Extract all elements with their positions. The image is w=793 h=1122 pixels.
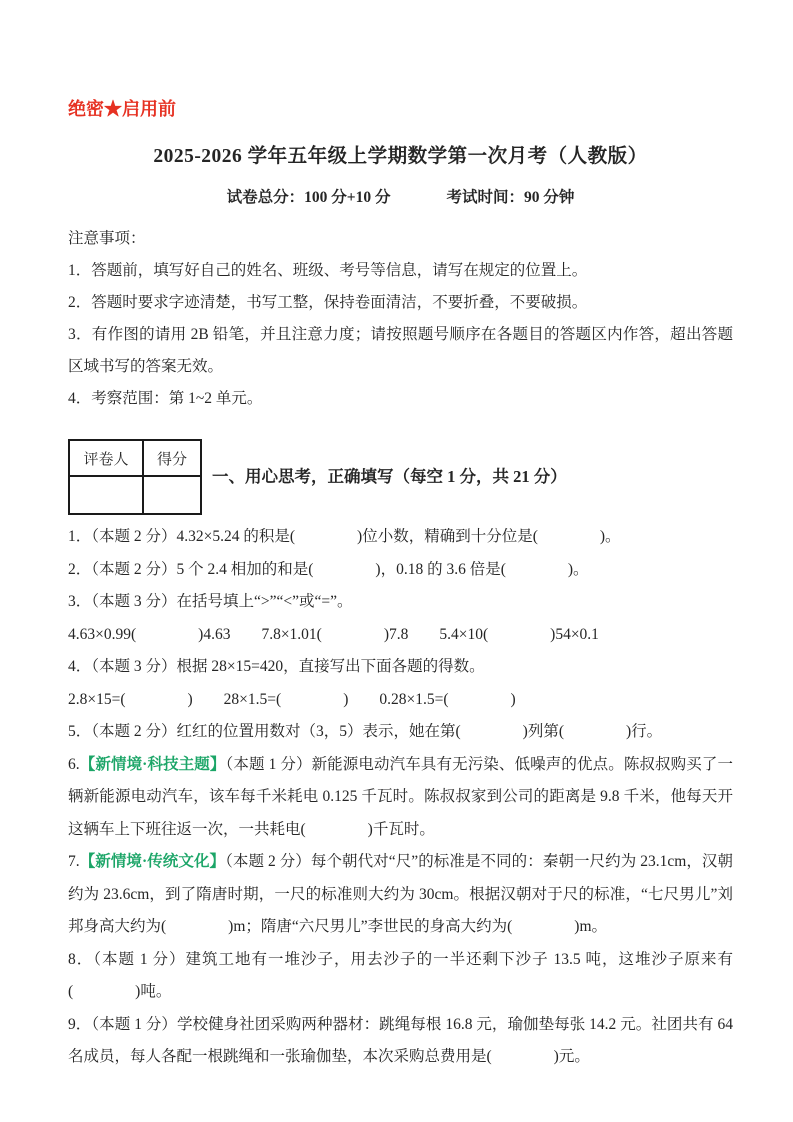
question-6-theme-tag: 【新情境·科技主题】 xyxy=(80,756,226,773)
notice-item-3: 3．有作图的请用 2B 铅笔，并且注意力度；请按照题号顺序在各题目的答题区内作答… xyxy=(68,319,733,383)
exam-total-score: 试卷总分：100 分+10 分 xyxy=(227,187,391,209)
score-value-cell xyxy=(143,476,201,514)
question-3-text: （本题 3 分）在括号填上“>”“<”或“=”。 xyxy=(91,593,352,610)
question-6-number: 6. xyxy=(68,756,80,773)
score-table: 评卷人 得分 xyxy=(68,439,202,515)
question-9: 9．（本题 1 分）学校健身社团采购两种器材：跳绳每根 16.8 元，瑜伽垫每张… xyxy=(68,1009,733,1074)
question-8-number: 8． xyxy=(68,951,93,968)
question-6: 6.【新情境·科技主题】（本题 1 分）新能源电动汽车具有无污染、低噪声的优点。… xyxy=(68,749,733,847)
exam-meta: 试卷总分：100 分+10 分 考试时间：90 分钟 xyxy=(68,187,733,209)
question-5-text: （本题 2 分）红红的位置用数对（3，5）表示，她在第( )列第( )行。 xyxy=(91,723,662,740)
question-2-number: 2． xyxy=(68,561,91,578)
question-4: 4．（本题 3 分）根据 28×15=420，直接写出下面各题的得数。 xyxy=(68,651,733,684)
question-7: 7.【新情境·传统文化】（本题 2 分）每个朝代对“尺”的标准是不同的：秦朝一尺… xyxy=(68,846,733,944)
question-3-number: 3． xyxy=(68,593,91,610)
question-3-answer-row: 4.63×0.99( )4.63 7.8×1.01( )7.8 5.4×10( … xyxy=(68,619,733,652)
question-4-answer-row: 2.8×15=( ) 28×1.5=( ) 0.28×1.5=( ) xyxy=(68,684,733,717)
question-4-number: 4． xyxy=(68,658,91,675)
questions-section: 1．（本题 2 分）4.32×5.24 的积是( )位小数，精确到十分位是( )… xyxy=(68,521,733,1074)
exam-time: 考试时间：90 分钟 xyxy=(446,187,574,209)
question-4-text: （本题 3 分）根据 28×15=420，直接写出下面各题的得数。 xyxy=(91,658,484,675)
question-1: 1．（本题 2 分）4.32×5.24 的积是( )位小数，精确到十分位是( )… xyxy=(68,521,733,554)
question-7-number: 7. xyxy=(68,853,80,870)
question-9-number: 9． xyxy=(68,1016,91,1033)
score-table-header-row: 评卷人 得分 xyxy=(69,440,201,476)
question-7-theme-tag: 【新情境·传统文化】 xyxy=(80,853,225,870)
secrecy-banner: 绝密★启用前 xyxy=(68,98,733,120)
section-1-heading: 一、用心思考，正确填写（每空 1 分，共 21 分） xyxy=(212,465,567,489)
question-5: 5．（本题 2 分）红红的位置用数对（3，5）表示，她在第( )列第( )行。 xyxy=(68,716,733,749)
score-header-cell: 得分 xyxy=(143,440,201,476)
notices-label: 注意事项： xyxy=(68,223,733,255)
grader-header-cell: 评卷人 xyxy=(69,440,143,476)
question-1-number: 1． xyxy=(68,528,91,545)
question-8: 8．（本题 1 分）建筑工地有一堆沙子，用去沙子的一半还剩下沙子 13.5 吨，… xyxy=(68,944,733,1009)
score-table-value-row xyxy=(69,476,201,514)
exam-paper: 绝密★启用前 2025-2026 学年五年级上学期数学第一次月考（人教版） 试卷… xyxy=(0,0,793,1122)
question-2-text: （本题 2 分）5 个 2.4 相加的和是( )，0.18 的 3.6 倍是( … xyxy=(91,561,588,578)
question-9-text: （本题 1 分）学校健身社团采购两种器材：跳绳每根 16.8 元，瑜伽垫每张 1… xyxy=(68,1016,733,1066)
notice-item-2: 2．答题时要求字迹清楚，书写工整，保持卷面清洁，不要折叠，不要破损。 xyxy=(68,287,733,319)
notice-item-4: 4．考察范围：第 1~2 单元。 xyxy=(68,383,733,415)
score-block: 评卷人 得分 一、用心思考，正确填写（每空 1 分，共 21 分） xyxy=(68,439,733,515)
question-1-text: （本题 2 分）4.32×5.24 的积是( )位小数，精确到十分位是( )。 xyxy=(91,528,620,545)
question-8-text: （本题 1 分）建筑工地有一堆沙子，用去沙子的一半还剩下沙子 13.5 吨，这堆… xyxy=(68,951,733,1001)
page-title: 2025-2026 学年五年级上学期数学第一次月考（人教版） xyxy=(68,144,733,170)
question-3: 3．（本题 3 分）在括号填上“>”“<”或“=”。 xyxy=(68,586,733,619)
notices-section: 注意事项： 1．答题前，填写好自己的姓名、班级、考号等信息，请写在规定的位置上。… xyxy=(68,223,733,415)
question-2: 2．（本题 2 分）5 个 2.4 相加的和是( )，0.18 的 3.6 倍是… xyxy=(68,554,733,587)
grader-value-cell xyxy=(69,476,143,514)
notice-item-1: 1．答题前，填写好自己的姓名、班级、考号等信息，请写在规定的位置上。 xyxy=(68,255,733,287)
question-5-number: 5． xyxy=(68,723,91,740)
